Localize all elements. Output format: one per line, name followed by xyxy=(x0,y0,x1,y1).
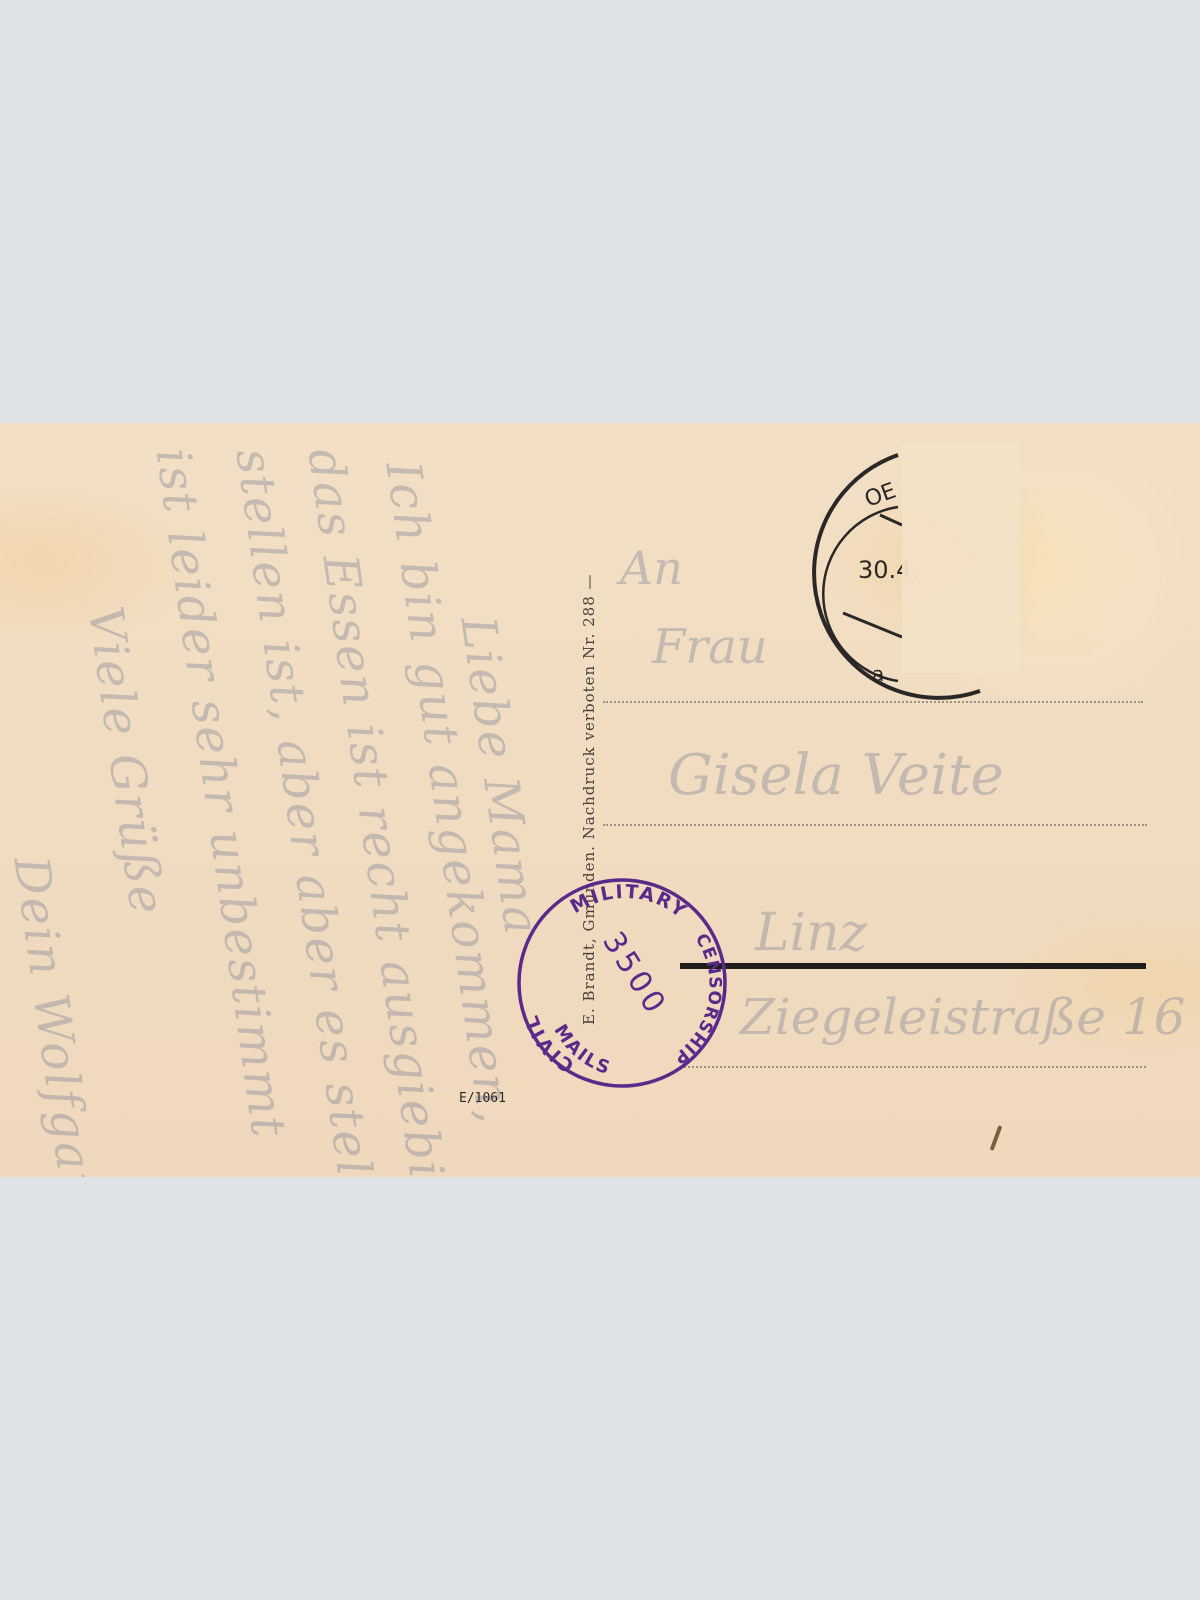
postcard-back: Liebe Mama Ich bin gut angekommen, das E… xyxy=(0,423,1200,1177)
postmark-letter: a xyxy=(872,662,884,686)
censor-right-text: CENSORSHIP xyxy=(669,930,725,1068)
address-street: Ziegeleistraße 16 xyxy=(740,988,1185,1046)
message-line: Viele Grüße xyxy=(77,603,176,919)
censorship-stamp: MILITARY CENSORSHIP CIVIL MAILS 3500 xyxy=(510,868,740,1098)
address-title: Frau xyxy=(652,619,768,675)
address-salutation: An xyxy=(620,541,683,595)
postmark-stamp: OE 30.4. a xyxy=(780,443,1020,703)
address-name: Gisela Veite xyxy=(668,743,1004,808)
censor-number: 3500 xyxy=(595,926,674,1023)
address-city-line xyxy=(680,963,1146,969)
address-line xyxy=(603,824,1147,826)
address-line xyxy=(680,1066,1146,1068)
message-line: Dein Wolfgang xyxy=(3,853,112,1177)
svg-text:CENSORSHIP: CENSORSHIP xyxy=(669,930,725,1068)
address-city: Linz xyxy=(755,903,867,963)
paper-mark xyxy=(990,1125,1003,1151)
series-number: E/1061 xyxy=(459,1091,506,1106)
handwritten-message: Liebe Mama Ich bin gut angekommen, das E… xyxy=(0,423,520,1177)
